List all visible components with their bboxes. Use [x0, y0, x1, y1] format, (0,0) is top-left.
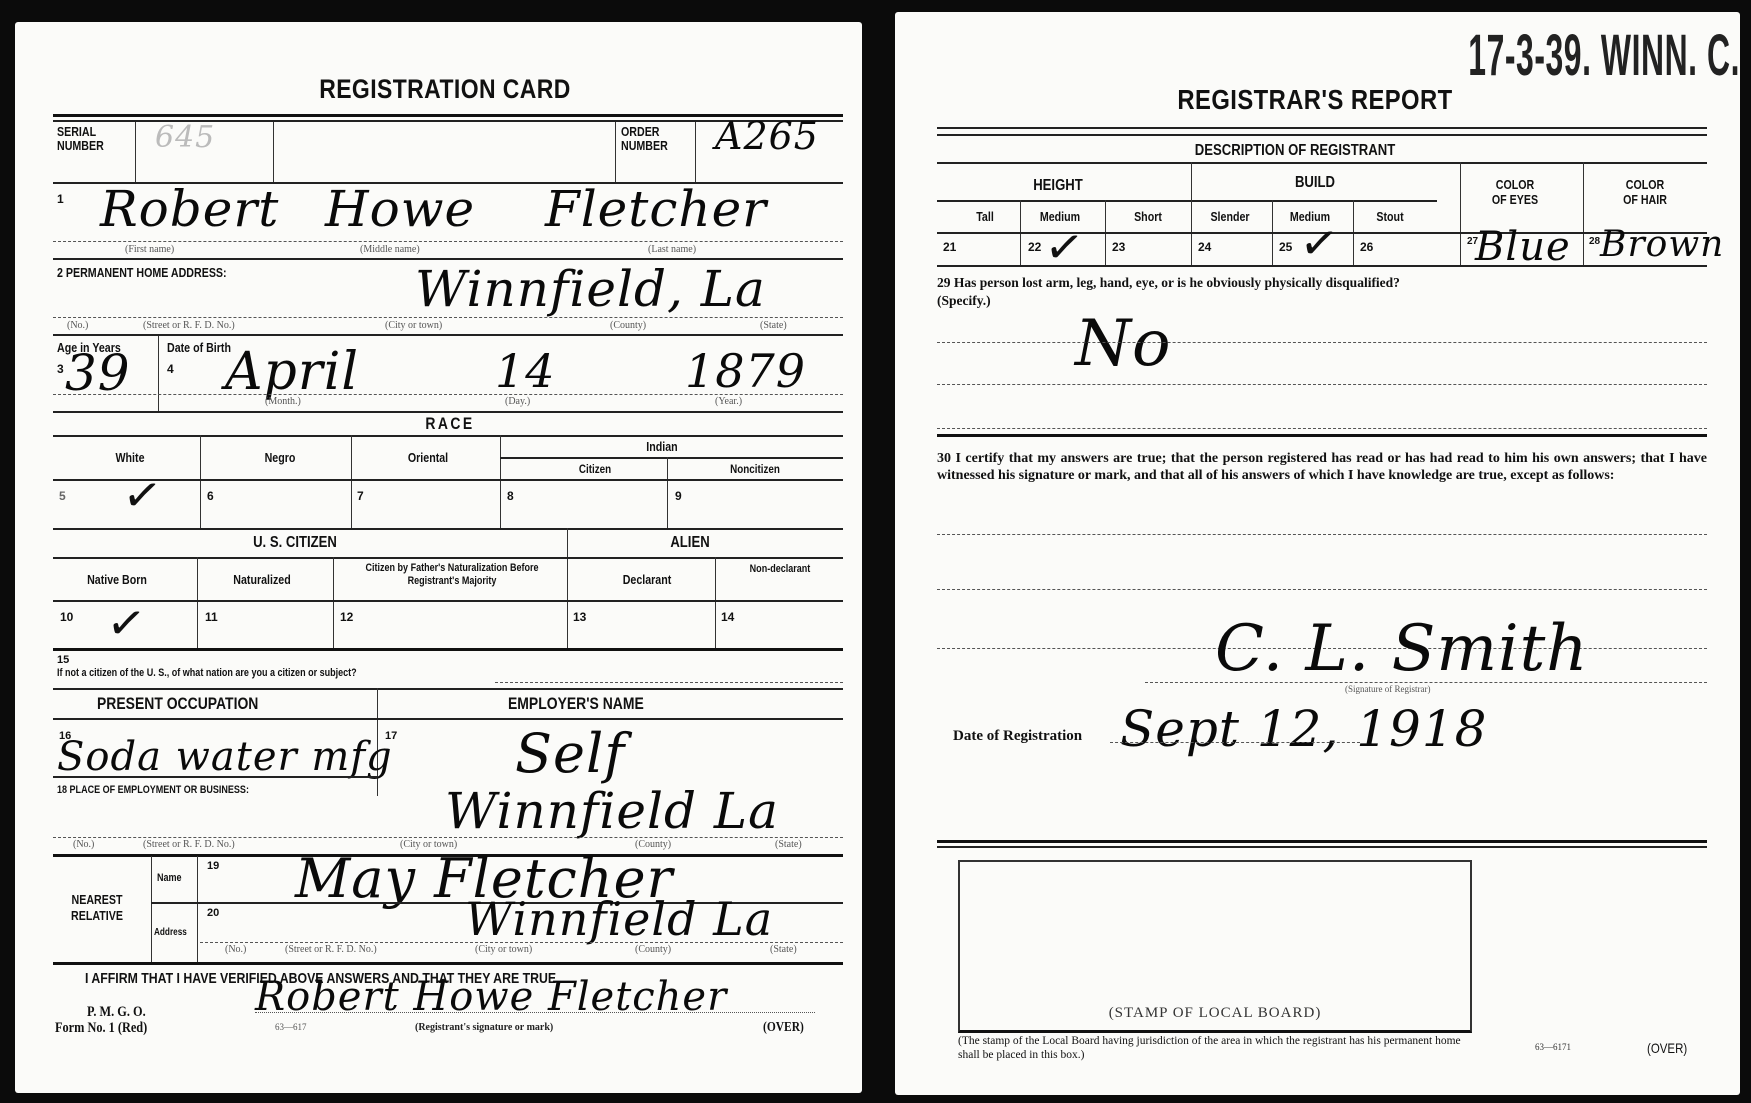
employment-caption: (No.) — [73, 839, 94, 850]
employer-value: Self — [515, 722, 625, 785]
divider — [715, 557, 716, 648]
stamp-note: (The stamp of the Local Board having jur… — [958, 1034, 1478, 1062]
order-number-label: ORDERNUMBER — [621, 125, 668, 153]
field-number: 11 — [205, 610, 218, 624]
field-number: 9 — [675, 489, 682, 503]
relative-address-caption: (No.) — [225, 944, 246, 955]
field-number: 20 — [207, 907, 219, 919]
print-code: 63—6171 — [1535, 1042, 1571, 1052]
declarant-label: Declarant — [606, 572, 688, 587]
first-name-caption: (First name) — [125, 244, 174, 255]
field-number: 5 — [59, 489, 66, 503]
fill-line — [937, 589, 1707, 590]
divider — [937, 134, 1707, 136]
q29-answer: No — [1075, 307, 1172, 381]
last-name-caption: (Last name) — [648, 244, 696, 255]
divider — [695, 122, 696, 182]
middle-name-value: Howe — [325, 180, 475, 238]
divider — [53, 334, 843, 336]
field-number: 22 — [1028, 240, 1041, 254]
native-born-label: Native Born — [76, 572, 158, 587]
field-number: 3 — [57, 362, 64, 376]
native-born-checkmark: ✓ — [104, 598, 149, 649]
divider — [351, 435, 352, 528]
divider — [53, 962, 843, 965]
field-number: 23 — [1112, 240, 1125, 254]
fill-line — [53, 317, 843, 318]
q30-certification-text: 30 I certify that my answers are true; t… — [937, 450, 1707, 484]
form-id-line2: Form No. 1 (Red) — [55, 1020, 147, 1037]
field-number: 8 — [507, 489, 514, 503]
serial-number-label: SERIALNUMBER — [57, 125, 104, 153]
divider — [937, 840, 1707, 843]
height-short-label: Short — [1128, 209, 1169, 224]
field-number: 1 — [57, 192, 64, 206]
non-declarant-label: Non-declarant — [745, 562, 816, 576]
q15-nationality-label: If not a citizen of the U. S., of what n… — [57, 667, 357, 679]
address-caption: (Street or R. F. D. No.) — [143, 320, 235, 331]
fill-line — [200, 942, 843, 943]
registrar-signature-caption: (Signature of Registrar) — [1345, 684, 1430, 694]
address-caption: (County) — [610, 320, 646, 331]
occupation-value: Soda water mfg — [57, 734, 393, 780]
race-white-checkmark: ✓ — [120, 470, 165, 521]
fill-line — [255, 1012, 815, 1013]
divider — [158, 336, 159, 411]
home-address-value: Winnfield, La — [415, 260, 766, 318]
over-label: (OVER) — [1647, 1040, 1687, 1056]
local-board-stamp-box: (STAMP OF LOCAL BOARD) — [958, 860, 1472, 1033]
birth-date-label: Date of Birth — [167, 340, 231, 355]
divider — [273, 122, 274, 182]
divider — [333, 557, 334, 648]
field-number: 7 — [357, 489, 364, 503]
address-caption: (State) — [760, 320, 787, 331]
order-number-value: A265 — [715, 114, 819, 158]
card-title: REGISTRATION CARD — [275, 74, 615, 105]
relative-address-value: Winnfield La — [465, 892, 773, 946]
field-number: 12 — [340, 610, 353, 624]
divider — [53, 600, 843, 602]
race-indian-heading: Indian — [633, 439, 690, 454]
race-oriental-label: Oriental — [399, 450, 456, 465]
fill-line — [937, 534, 1707, 535]
description-heading: DESCRIPTION OF REGISTRANT — [1147, 142, 1442, 160]
field-number: 25 — [1279, 240, 1292, 254]
divider — [1583, 162, 1584, 265]
field-number: 10 — [60, 610, 73, 624]
relative-address-caption: (County) — [635, 944, 671, 955]
field-number: 13 — [573, 610, 586, 624]
first-name-value: Robert — [100, 180, 279, 238]
home-address-label: 2 PERMANENT HOME ADDRESS: — [57, 265, 227, 280]
field-number: 24 — [1198, 240, 1211, 254]
build-stout-label: Stout — [1370, 209, 1411, 224]
fill-line — [53, 241, 843, 242]
hair-color-value: Brown — [1600, 224, 1724, 265]
registration-card-back: 17-3-39. WINN. C. REGISTRAR'S REPORT DES… — [895, 12, 1740, 1095]
divider — [1460, 162, 1461, 265]
divider — [567, 528, 568, 648]
fill-line — [937, 342, 1707, 343]
q29-disqualification-text: 29 Has person lost arm, leg, hand, eye, … — [937, 274, 1717, 291]
divider — [937, 127, 1707, 129]
build-heading: BUILD — [1282, 174, 1348, 192]
middle-name-caption: (Middle name) — [360, 244, 420, 255]
divider — [500, 457, 843, 459]
height-heading: HEIGHT — [1021, 177, 1095, 195]
divider — [53, 557, 843, 559]
registration-date-value: Sept 12, 1918 — [1120, 700, 1488, 758]
divider — [53, 718, 843, 720]
relative-address-caption: (State) — [770, 944, 797, 955]
race-heading: RACE — [417, 414, 483, 434]
race-indian-noncitizen-label: Noncitizen — [722, 462, 788, 476]
divider — [53, 435, 843, 437]
employer-heading: EMPLOYER'S NAME — [508, 694, 644, 714]
divider — [53, 776, 378, 778]
alien-heading: ALIEN — [661, 534, 718, 552]
eye-color-heading: COLOROF EYES — [1482, 177, 1548, 207]
stamp-box-label: (STAMP OF LOCAL BOARD) — [960, 1005, 1470, 1022]
divider — [197, 856, 198, 964]
q29-specify-label: (Specify.) — [937, 292, 991, 309]
race-indian-citizen-label: Citizen — [566, 462, 623, 476]
field-number: 14 — [721, 610, 734, 624]
over-label: (OVER) — [763, 1020, 804, 1036]
birth-day-value: 14 — [495, 344, 556, 398]
build-medium-checkmark: ✓ — [1297, 218, 1342, 269]
field-number: 19 — [207, 860, 219, 872]
divider — [197, 557, 198, 648]
relative-address-label: Address — [154, 927, 187, 938]
divider — [1191, 162, 1192, 265]
divider — [615, 122, 616, 182]
relative-address-caption: (City or town) — [475, 944, 532, 955]
print-code: 63—617 — [275, 1022, 307, 1032]
fill-line — [495, 682, 843, 683]
divider — [937, 265, 1707, 267]
divider — [937, 200, 1437, 202]
divider — [53, 479, 843, 481]
birth-year-value: 1879 — [685, 344, 806, 398]
fill-line — [937, 384, 1707, 385]
field-number: 28 — [1589, 236, 1600, 247]
divider — [937, 434, 1707, 437]
us-citizen-heading: U. S. CITIZEN — [238, 534, 353, 552]
divider — [151, 856, 152, 964]
field-number: 17 — [385, 730, 397, 742]
race-negro-label: Negro — [255, 450, 304, 465]
address-caption: (City or town) — [385, 320, 442, 331]
fill-line — [1145, 682, 1707, 683]
registrar-report-title: REGISTRAR'S REPORT — [1128, 84, 1502, 116]
registrant-signature: Robert Howe Fletcher — [255, 974, 727, 1020]
fill-line — [53, 394, 843, 395]
divider — [53, 411, 843, 413]
place-of-employment-label: 18 PLACE OF EMPLOYMENT OR BUSINESS: — [57, 784, 249, 796]
fill-line — [1110, 742, 1360, 743]
employment-caption: (Street or R. F. D. No.) — [143, 839, 235, 850]
field-number: 6 — [207, 489, 214, 503]
place-of-employment-value: Winnfield La — [445, 782, 779, 840]
signature-caption: (Registrant's signature or mark) — [415, 1022, 553, 1033]
build-slender-label: Slender — [1205, 209, 1254, 224]
field-number: 15 — [57, 654, 69, 666]
divider — [53, 648, 843, 651]
birth-month-value: April — [225, 342, 359, 402]
divider — [937, 162, 1707, 164]
height-tall-label: Tall — [969, 209, 1002, 224]
employment-caption: (State) — [775, 839, 802, 850]
eye-color-value: Blue — [1475, 224, 1571, 270]
registration-date-label: Date of Registration — [953, 728, 1082, 745]
relative-address-caption: (Street or R. F. D. No.) — [285, 944, 377, 955]
fill-line — [937, 428, 1707, 429]
naturalized-label: Naturalized — [221, 572, 303, 587]
relative-name-label: Name — [157, 872, 182, 884]
divider — [667, 457, 668, 528]
registrar-signature: C. L. Smith — [1215, 612, 1589, 686]
address-caption: (No.) — [67, 320, 88, 331]
birth-caption: (Month.) — [265, 396, 301, 407]
birth-caption: (Year.) — [715, 396, 742, 407]
registration-card-front: REGISTRATION CARD SERIALNUMBER 645 ORDER… — [15, 22, 862, 1093]
nearest-relative-label: NEARESTRELATIVE — [64, 892, 130, 924]
race-white-label: White — [105, 450, 154, 465]
divider — [135, 122, 136, 182]
serial-number-value: 645 — [155, 120, 215, 155]
hair-color-heading: COLOROF HAIR — [1612, 177, 1678, 207]
last-name-value: Fletcher — [545, 180, 767, 238]
fill-line — [53, 837, 843, 838]
citizen-by-father-label: Citizen by Father's Naturalization Befor… — [358, 562, 547, 588]
occupation-heading: PRESENT OCCUPATION — [97, 694, 258, 714]
stamp-code: 17-3-39. WINN. C. — [1468, 22, 1740, 89]
field-number: 26 — [1360, 240, 1373, 254]
divider — [53, 688, 843, 690]
field-number: 21 — [943, 240, 956, 254]
divider — [500, 435, 501, 528]
form-id-line1: P. M. G. O. — [87, 1004, 146, 1021]
field-number: 4 — [167, 362, 174, 376]
divider — [200, 435, 201, 528]
divider — [937, 846, 1707, 848]
birth-caption: (Day.) — [505, 396, 530, 407]
divider — [53, 528, 843, 530]
